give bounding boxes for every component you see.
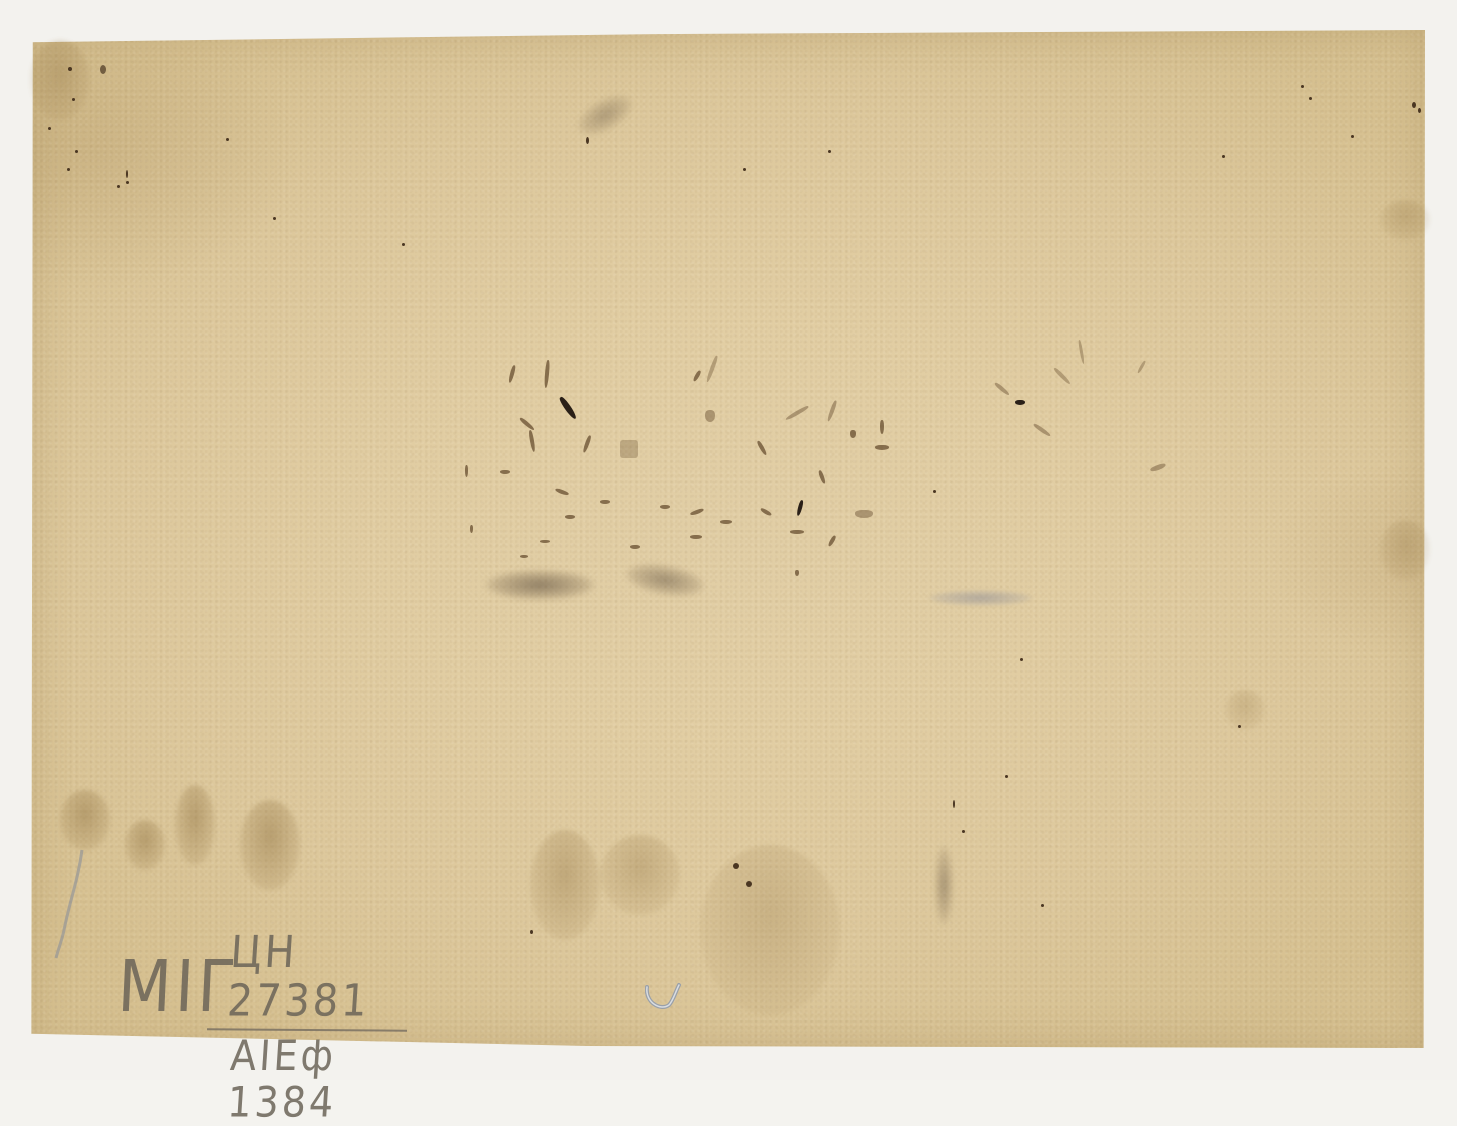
inventory-number-bottom: АІЕф 1384 (204, 1033, 410, 1080)
wire-fragment (645, 975, 685, 1015)
inventory-number-top: ЦН 27381 (204, 929, 410, 1026)
pencil-scribble (50, 840, 90, 960)
inventory-number-fraction: ЦН 27381 АІЕф 1384 (207, 933, 407, 1080)
paper-grain-texture (30, 30, 1425, 1048)
paper-card (30, 30, 1425, 1048)
